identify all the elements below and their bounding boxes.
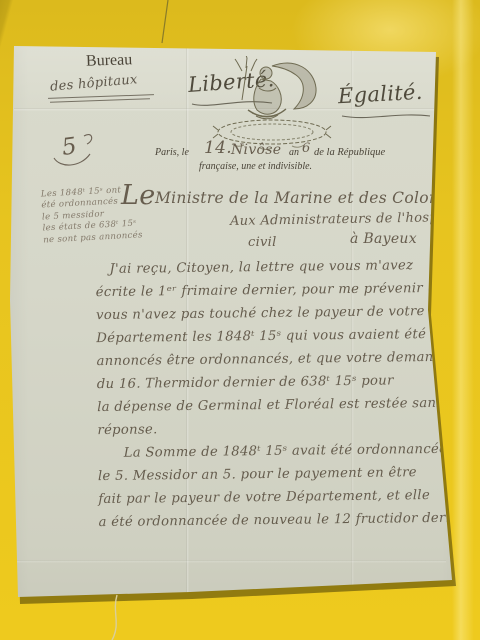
dateline-printed-mid: de la République xyxy=(314,147,385,158)
photograph-of-letter: Bureau des hôpitaux Liberté. Égalité. xyxy=(0,0,480,640)
addressee-line1: Aux Administrateurs de l'hospice xyxy=(230,210,458,229)
stamp-underline xyxy=(50,98,150,102)
body-line: la dépense de Germinal et Floréal est re… xyxy=(97,392,439,419)
dateline-printed-prefix: Paris, le xyxy=(155,147,189,158)
dateline-month: Nivôse xyxy=(231,142,281,158)
body-line: a été ordonnancée de nouveau le 12 fruct… xyxy=(98,507,440,534)
dateline-day: 14. xyxy=(204,138,232,158)
egalite-script: Égalité. xyxy=(337,80,423,108)
loose-thread-bottom xyxy=(112,595,117,640)
letter-body: J'ai reçu, Citoyen, la lettre que vous m… xyxy=(95,254,440,534)
salutation-le: Le xyxy=(121,180,156,211)
bureau-stamp-line1: Bureau xyxy=(86,51,133,71)
loose-thread-top xyxy=(162,0,168,43)
egalite-underline-flourish xyxy=(340,110,432,122)
addressee-place: à Bayeux xyxy=(350,231,417,247)
salutation-title: Ministre de la Marine et des Colonies, xyxy=(155,189,467,207)
dateline-printed-line2: française, une et indivisible. xyxy=(199,161,312,172)
dateline-an-label: an xyxy=(289,147,299,158)
dateline-year: 6 xyxy=(302,141,311,156)
bureau-stamp-line2: des hôpitaux xyxy=(50,72,139,95)
letter-paper: Bureau des hôpitaux Liberté. Égalité. xyxy=(0,0,480,640)
background-light-band xyxy=(452,0,474,640)
addressee-civil: civil xyxy=(248,235,277,250)
horizontal-fold-crease xyxy=(16,560,446,563)
